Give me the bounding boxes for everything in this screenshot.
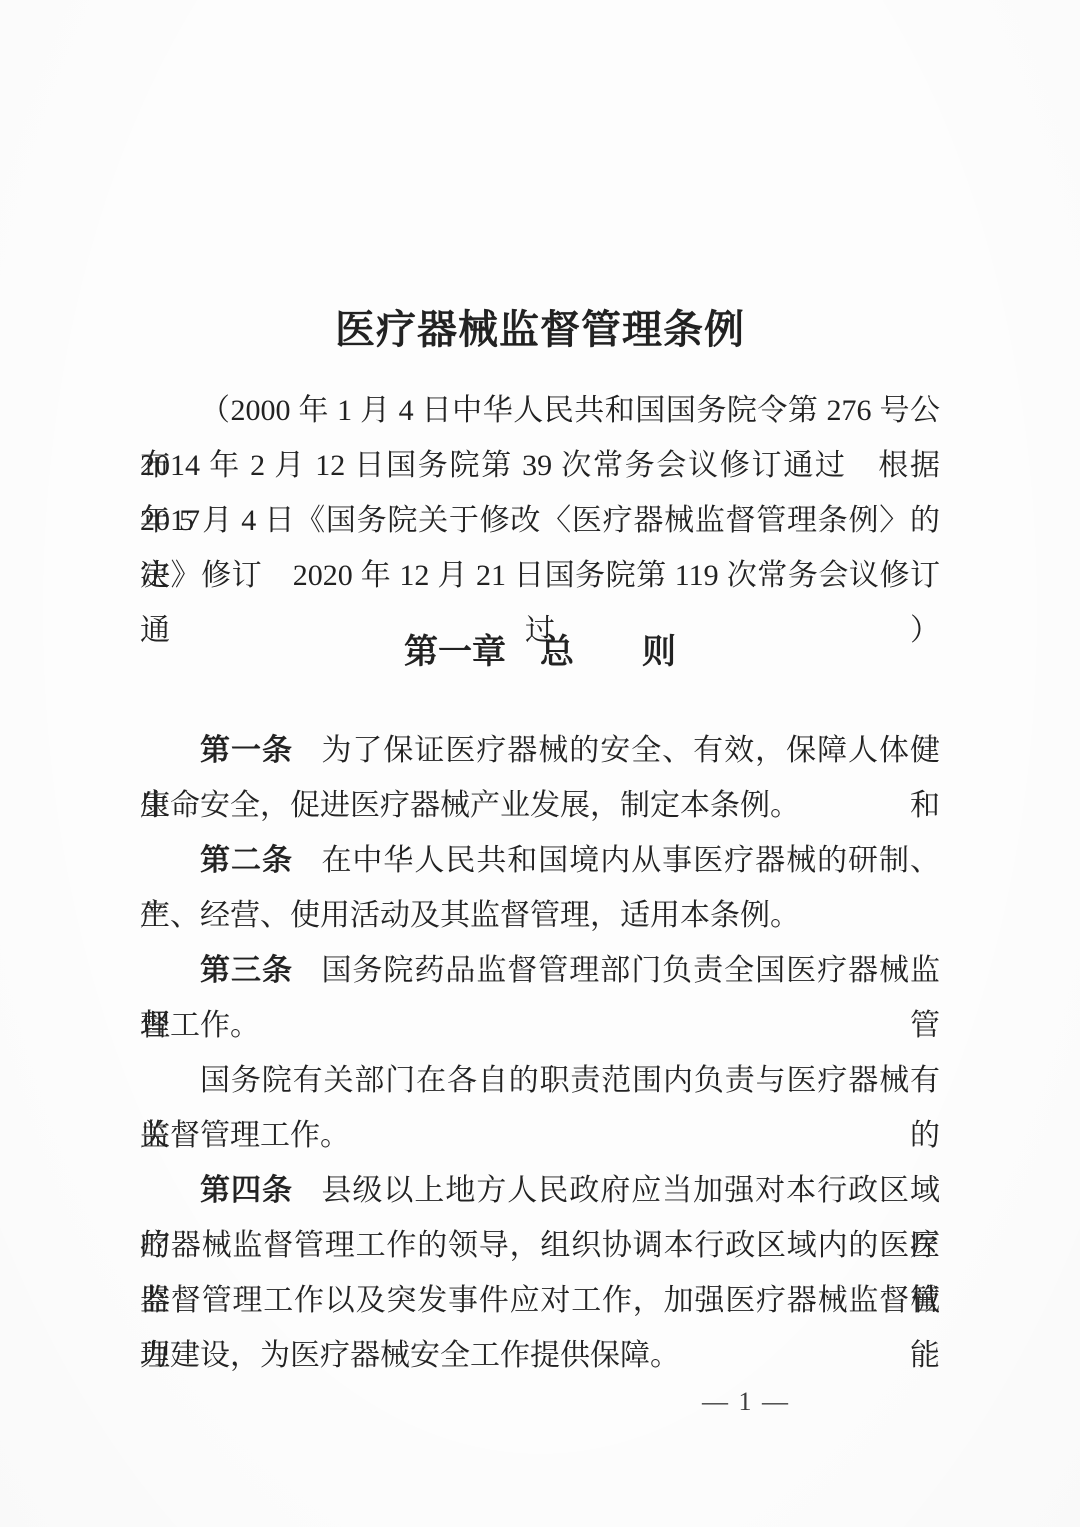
article-label: 第三条 xyxy=(200,954,293,987)
text-line: （2000 年 1 月 4 日中华人民共和国国务院令第 276 号公布 xyxy=(140,383,940,438)
page-footer: — 1 — xyxy=(140,1387,940,1417)
text-line: 监督管理工作以及突发事件应对工作，加强医疗器械监督管理能 xyxy=(140,1273,940,1328)
text-line: 第二条在中华人民共和国境内从事医疗器械的研制、生 xyxy=(140,833,940,888)
page-number: — 1 — xyxy=(702,1387,790,1416)
text-line: 第四条县级以上地方人民政府应当加强对本行政区域的医 xyxy=(140,1163,940,1218)
text-line: 年 5 月 4 日《国务院关于修改〈医疗器械监督管理条例〉的决 xyxy=(140,493,940,548)
preamble: （2000 年 1 月 4 日中华人民共和国国务院令第 276 号公布2014 … xyxy=(140,383,940,603)
article-label: 第一条 xyxy=(200,734,293,767)
text-line: 疗器械监督管理工作的领导，组织协调本行政区域内的医疗器械 xyxy=(140,1218,940,1273)
document-title: 医疗器械监督管理条例 xyxy=(140,305,940,355)
text-line: 产、经营、使用活动及其监督管理，适用本条例。 xyxy=(140,888,940,943)
line-text: 力建设，为医疗器械安全工作提供保障。 xyxy=(140,1339,680,1372)
text-line: 定》修订 2020 年 12 月 21 日国务院第 119 次常务会议修订通过） xyxy=(140,548,940,603)
text-line: 第三条国务院药品监督管理部门负责全国医疗器械监督管 xyxy=(140,943,940,998)
document-page: 医疗器械监督管理条例 （2000 年 1 月 4 日中华人民共和国国务院令第 2… xyxy=(0,0,1080,1527)
document-body: 第一条为了保证医疗器械的安全、有效，保障人体健康和生命安全，促进医疗器械产业发展… xyxy=(140,723,940,1383)
line-text: 监督管理工作。 xyxy=(140,1119,350,1152)
text-line: 2014 年 2 月 12 日国务院第 39 次常务会议修订通过 根据 2017 xyxy=(140,438,940,493)
article-label: 第二条 xyxy=(200,844,293,877)
article-label: 第四条 xyxy=(200,1174,293,1207)
text-line: 第一条为了保证医疗器械的安全、有效，保障人体健康和 xyxy=(140,723,940,778)
text-line: 国务院有关部门在各自的职责范围内负责与医疗器械有关的 xyxy=(140,1053,940,1108)
line-text: 理工作。 xyxy=(140,1009,260,1042)
line-text: 产、经营、使用活动及其监督管理，适用本条例。 xyxy=(140,899,800,932)
line-text: 生命安全，促进医疗器械产业发展，制定本条例。 xyxy=(140,789,800,822)
